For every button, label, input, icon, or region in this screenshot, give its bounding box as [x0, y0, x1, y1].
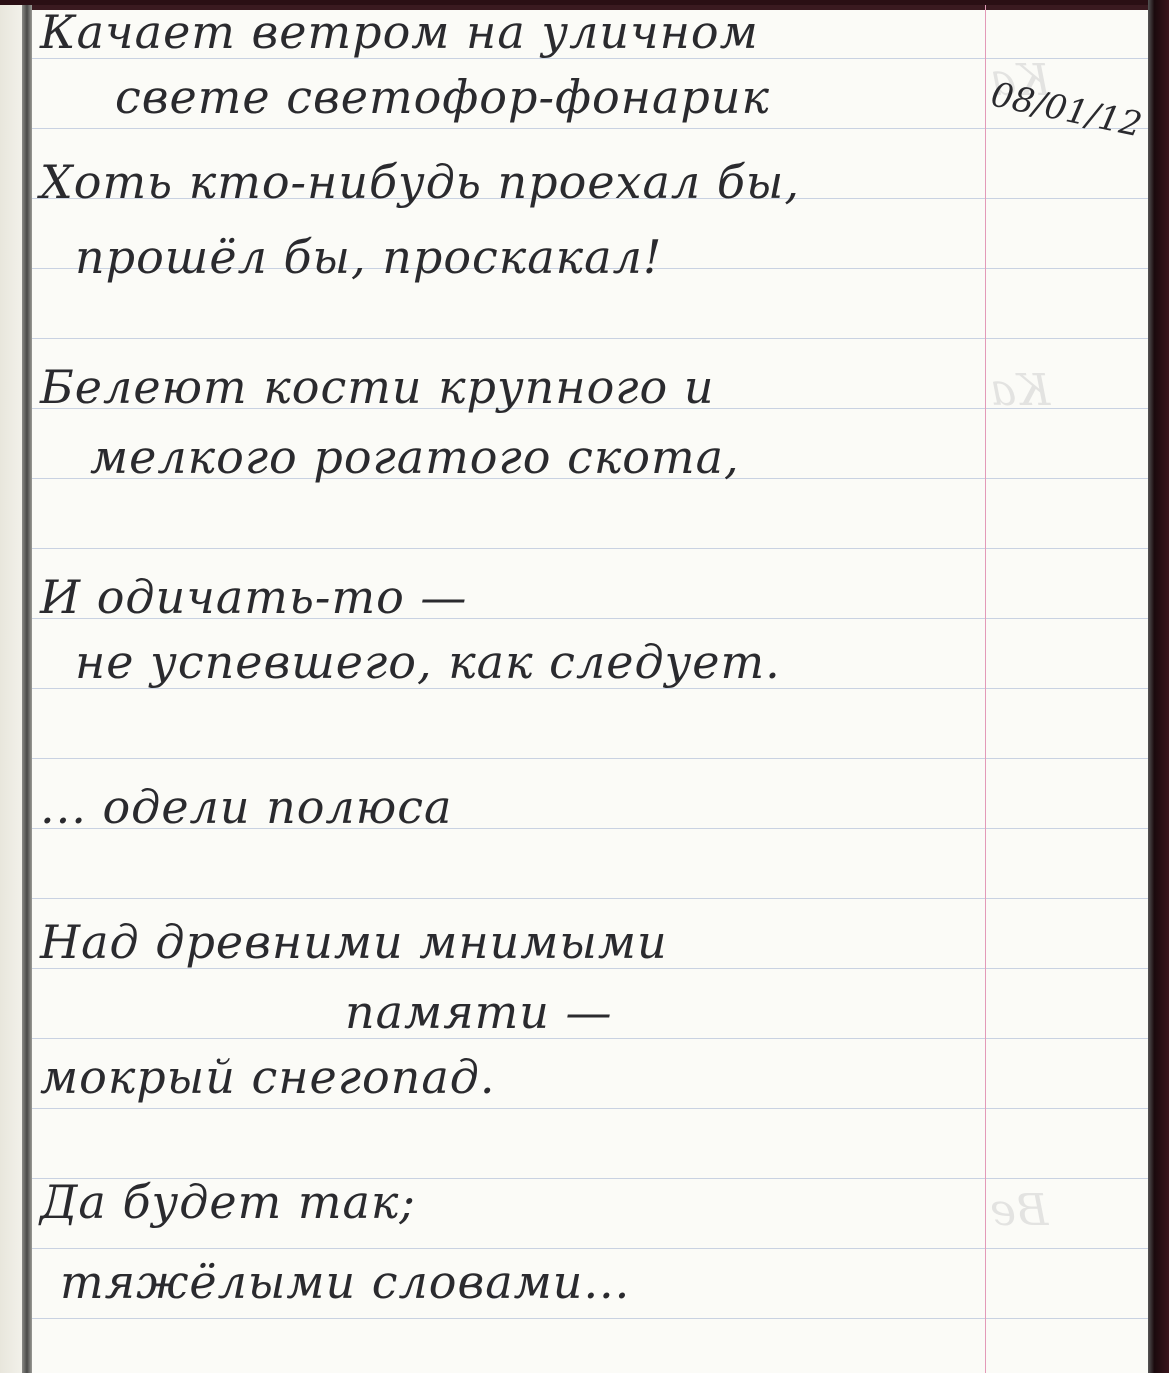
handwritten-line: И одичать-то —: [40, 570, 467, 624]
notebook-cover-edge: [1148, 0, 1169, 1373]
handwritten-line: Хоть кто-нибудь проехал бы,: [40, 155, 800, 209]
margin-line: [985, 5, 986, 1373]
handwritten-line: ... одели полюса: [40, 780, 452, 834]
previous-page-edge: [0, 5, 22, 1373]
entry-date: 08/01/12: [988, 75, 1146, 146]
ruled-line: [32, 1108, 1148, 1109]
ruled-line: [32, 548, 1148, 549]
handwritten-line: свете светофор-фонарик: [115, 70, 770, 124]
handwritten-line: Качает ветром на уличном: [40, 5, 759, 59]
ruled-line: [32, 338, 1148, 339]
handwritten-line: мелкого рогатого скота,: [90, 430, 740, 484]
handwritten-line: памяти —: [345, 985, 613, 1039]
handwritten-line: Да будет так;: [40, 1175, 416, 1229]
show-through-text: Ве: [990, 1185, 1048, 1236]
ruled-line: [32, 128, 1148, 129]
binding-shadow: [22, 5, 32, 1373]
show-through-text: Ка: [990, 365, 1050, 416]
notebook-page: Ка Ка Ве Качает ветром на уличном свете …: [0, 5, 1148, 1373]
handwritten-line: не успевшего, как следует.: [75, 635, 781, 689]
handwritten-line: прошёл бы, проскакал!: [75, 230, 662, 284]
handwritten-line: Белеют кости крупного и: [40, 360, 714, 414]
handwritten-line: тяжёлыми словами...: [60, 1255, 630, 1309]
ruled-line: [32, 898, 1148, 899]
ruled-line: [32, 758, 1148, 759]
handwritten-line: Над древними мнимыми: [40, 915, 668, 969]
ruled-line: [32, 1318, 1148, 1319]
ruled-line: [32, 1248, 1148, 1249]
handwritten-line: мокрый снегопад.: [40, 1050, 496, 1104]
